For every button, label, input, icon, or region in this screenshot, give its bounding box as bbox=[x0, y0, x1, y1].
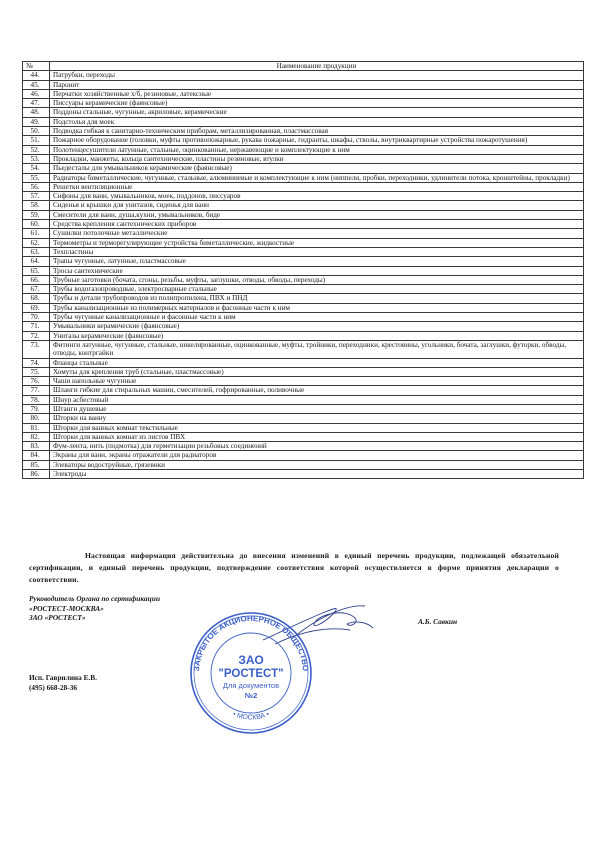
row-product-name: Паронит bbox=[50, 80, 584, 89]
table-row: 65.Тросы сантехнические bbox=[23, 266, 584, 275]
signature-line-2: «РОСТЕСТ-МОСКВА» bbox=[29, 604, 160, 614]
stamp-line-3: Для документов bbox=[223, 681, 279, 690]
row-product-name: Элеваторы водоструйные, грязевики bbox=[50, 460, 584, 469]
row-product-name: Сифоны для ванн, умывальников, моек, под… bbox=[50, 192, 584, 201]
row-product-name: Радиаторы биметаллические, чугунные, ста… bbox=[50, 173, 584, 182]
table-row: 57.Сифоны для ванн, умывальников, моек, … bbox=[23, 192, 584, 201]
row-product-name: Электроды bbox=[50, 470, 584, 479]
table-row: 46.Перчатки хозяйственные х/б, резиновые… bbox=[23, 89, 584, 98]
table-row: 68.Трубы и детали трубопроводов из полип… bbox=[23, 294, 584, 303]
table-row: 82.Шторки для ванных комнат из листов ПВ… bbox=[23, 432, 584, 441]
table-row: 58.Сиденья и крышки для унитазов, сидень… bbox=[23, 201, 584, 210]
table-row: 44.Патрубки, переходы bbox=[23, 71, 584, 80]
row-number: 81. bbox=[23, 423, 50, 432]
table-row: 50.Подводка гибкая к санитарно-техническ… bbox=[23, 127, 584, 136]
row-number: 72. bbox=[23, 331, 50, 340]
row-number: 59. bbox=[23, 210, 50, 219]
row-number: 60. bbox=[23, 220, 50, 229]
row-number: 58. bbox=[23, 201, 50, 210]
table-row: 47.Писсуары керамические (фаянсовые) bbox=[23, 99, 584, 108]
row-number: 85. bbox=[23, 460, 50, 469]
row-product-name: Фланцы стальные bbox=[50, 358, 584, 367]
stamp-line-4: №2 bbox=[245, 691, 258, 700]
table-row: 56.Решетки вентиляционные bbox=[23, 182, 584, 191]
table-row: 71.Умывальники керамические (фаянсовые) bbox=[23, 322, 584, 331]
table-row: 49.Подстолья для моек bbox=[23, 117, 584, 126]
row-number: 74. bbox=[23, 358, 50, 367]
table-row: 81.Шторки для ванных комнат текстильные bbox=[23, 423, 584, 432]
row-number: 77. bbox=[23, 386, 50, 395]
row-product-name: Шнур асбестовый bbox=[50, 395, 584, 404]
row-number: 53. bbox=[23, 154, 50, 163]
validity-note-text: Настоящая информация действительна до вн… bbox=[29, 551, 559, 584]
table-row: 86.Электроды bbox=[23, 470, 584, 479]
row-number: 61. bbox=[23, 229, 50, 238]
signature-line-3: ЗАО «РОСТЕСТ» bbox=[29, 613, 160, 623]
row-number: 82. bbox=[23, 432, 50, 441]
row-number: 68. bbox=[23, 294, 50, 303]
row-product-name: Умывальники керамические (фаянсовые) bbox=[50, 322, 584, 331]
table-row: 66.Трубные заготовки (бочата, сгоны, рез… bbox=[23, 275, 584, 284]
table-row: 48.Поддоны стальные, чугунные, акриловые… bbox=[23, 108, 584, 117]
table-row: 77.Шланги гибкие для стиральных машин, с… bbox=[23, 386, 584, 395]
row-product-name: Термометры и терморегулирующие устройств… bbox=[50, 238, 584, 247]
row-number: 50. bbox=[23, 127, 50, 136]
row-number: 75. bbox=[23, 367, 50, 376]
row-product-name: Трубы чугунные канализационные и фасонны… bbox=[50, 313, 584, 322]
table-row: 67.Трубы водогазопроводные, электросварн… bbox=[23, 285, 584, 294]
table-row: 73.Фитинги латунные, чугунные, стальные,… bbox=[23, 340, 584, 358]
row-number: 65. bbox=[23, 266, 50, 275]
table-row: 80.Шторки на ванну bbox=[23, 414, 584, 423]
table-row: 72.Унитазы керамические (фаянсовые) bbox=[23, 331, 584, 340]
row-product-name: Экраны для ванн, экраны отражатели для р… bbox=[50, 451, 584, 460]
row-product-name: Тросы сантехнические bbox=[50, 266, 584, 275]
row-number: 66. bbox=[23, 275, 50, 284]
row-product-name: Хомуты для крепления труб (стальные, пла… bbox=[50, 367, 584, 376]
row-number: 79. bbox=[23, 404, 50, 413]
table-row: 54.Пьедесталы для умывальников керамичес… bbox=[23, 164, 584, 173]
row-number: 56. bbox=[23, 182, 50, 191]
table-row: 75.Хомуты для крепления труб (стальные, … bbox=[23, 367, 584, 376]
row-number: 83. bbox=[23, 442, 50, 451]
row-product-name: Писсуары керамические (фаянсовые) bbox=[50, 99, 584, 108]
row-product-name: Сушилки потолочные металлические bbox=[50, 229, 584, 238]
row-product-name: Чаши напольные чугунные bbox=[50, 377, 584, 386]
table-row: 78.Шнур асбестовый bbox=[23, 395, 584, 404]
table-header-row: № Наименование продукции bbox=[23, 62, 584, 71]
table-row: 53.Прокладки, манжеты, кольца сантехниче… bbox=[23, 154, 584, 163]
executor-phone: (495) 668-28-36 bbox=[29, 683, 97, 693]
row-product-name: Трубы водогазопроводные, электросварные … bbox=[50, 285, 584, 294]
row-number: 49. bbox=[23, 117, 50, 126]
company-stamp: ЗАКРЫТОЕ АКЦИОНЕРНОЕ ОБЩЕСТВО • МОСКВА •… bbox=[186, 608, 316, 738]
row-number: 76. bbox=[23, 377, 50, 386]
table-body: 44.Патрубки, переходы45.Паронит46.Перчат… bbox=[23, 71, 584, 479]
row-product-name: Прокладки, манжеты, кольца сантехнически… bbox=[50, 154, 584, 163]
header-number: № bbox=[23, 62, 50, 71]
table-row: 85.Элеваторы водоструйные, грязевики bbox=[23, 460, 584, 469]
row-product-name: Техпластины bbox=[50, 247, 584, 256]
row-number: 57. bbox=[23, 192, 50, 201]
row-number: 70. bbox=[23, 313, 50, 322]
executor-block: Исп. Гаврилина Е.В. (495) 668-28-36 bbox=[29, 673, 97, 692]
table-row: 83.Фум-лента, нить (подмотка) для гермет… bbox=[23, 442, 584, 451]
table-row: 76.Чаши напольные чугунные bbox=[23, 377, 584, 386]
row-number: 55. bbox=[23, 173, 50, 182]
stamp-bottom-text: • МОСКВА • bbox=[232, 711, 271, 722]
signature-line-1: Руководитель Органа по сертификации bbox=[29, 594, 160, 604]
row-number: 73. bbox=[23, 340, 50, 358]
table-row: 60.Средства крепления сантехнических при… bbox=[23, 220, 584, 229]
row-product-name: Трубные заготовки (бочата, сгоны, резьбы… bbox=[50, 275, 584, 284]
row-number: 46. bbox=[23, 89, 50, 98]
row-product-name: Шторки для ванных комнат текстильные bbox=[50, 423, 584, 432]
signer-name: А.Б. Савкин bbox=[418, 617, 457, 626]
table-row: 69.Трубы канализационные из полимерных м… bbox=[23, 303, 584, 312]
row-number: 47. bbox=[23, 99, 50, 108]
row-product-name: Смесители для ванн, душа,кухни, умывальн… bbox=[50, 210, 584, 219]
row-number: 63. bbox=[23, 247, 50, 256]
table-row: 45.Паронит bbox=[23, 80, 584, 89]
row-product-name: Пьедесталы для умывальников керамические… bbox=[50, 164, 584, 173]
row-number: 80. bbox=[23, 414, 50, 423]
row-number: 62. bbox=[23, 238, 50, 247]
row-number: 64. bbox=[23, 257, 50, 266]
row-product-name: Шторки на ванну bbox=[50, 414, 584, 423]
row-product-name: Шторки для ванных комнат из листов ПВХ bbox=[50, 432, 584, 441]
row-product-name: Сиденья и крышки для унитазов, сиденья д… bbox=[50, 201, 584, 210]
row-product-name: Штанги душевые bbox=[50, 404, 584, 413]
row-product-name: Фум-лента, нить (подмотка) для герметиза… bbox=[50, 442, 584, 451]
stamp-line-1: ЗАО bbox=[238, 653, 263, 667]
row-product-name: Патрубки, переходы bbox=[50, 71, 584, 80]
row-number: 86. bbox=[23, 470, 50, 479]
row-product-name: Трапы чугунные, латунные, пластмассовые bbox=[50, 257, 584, 266]
svg-text:• МОСКВА •: • МОСКВА • bbox=[232, 711, 271, 722]
table-row: 74.Фланцы стальные bbox=[23, 358, 584, 367]
row-product-name: Подстолья для моек bbox=[50, 117, 584, 126]
stamp-line-2: "РОСТЕСТ" bbox=[218, 668, 283, 680]
row-number: 48. bbox=[23, 108, 50, 117]
table-row: 63.Техпластины bbox=[23, 247, 584, 256]
row-number: 45. bbox=[23, 80, 50, 89]
table-row: 79.Штанги душевые bbox=[23, 404, 584, 413]
product-table: № Наименование продукции 44.Патрубки, пе… bbox=[22, 61, 584, 479]
table-row: 55.Радиаторы биметаллические, чугунные, … bbox=[23, 173, 584, 182]
row-number: 69. bbox=[23, 303, 50, 312]
row-product-name: Поддоны стальные, чугунные, акриловые, к… bbox=[50, 108, 584, 117]
signature-block: Руководитель Органа по сертификации «РОС… bbox=[29, 594, 160, 623]
header-product-name: Наименование продукции bbox=[50, 62, 584, 71]
table-row: 61.Сушилки потолочные металлические bbox=[23, 229, 584, 238]
table-row: 62.Термометры и терморегулирующие устрой… bbox=[23, 238, 584, 247]
row-number: 51. bbox=[23, 136, 50, 145]
row-number: 44. bbox=[23, 71, 50, 80]
row-product-name: Трубы канализационные из полимерных мате… bbox=[50, 303, 584, 312]
table-row: 84.Экраны для ванн, экраны отражатели дл… bbox=[23, 451, 584, 460]
row-number: 54. bbox=[23, 164, 50, 173]
row-product-name: Трубы и детали трубопроводов из полипроп… bbox=[50, 294, 584, 303]
row-number: 71. bbox=[23, 322, 50, 331]
table-row: 59.Смесители для ванн, душа,кухни, умыва… bbox=[23, 210, 584, 219]
row-product-name: Полотенцесушители латунные, стальные, оц… bbox=[50, 145, 584, 154]
row-product-name: Решетки вентиляционные bbox=[50, 182, 584, 191]
row-product-name: Унитазы керамические (фаянсовые) bbox=[50, 331, 584, 340]
row-product-name: Фитинги латунные, чугунные, стальные, ни… bbox=[50, 340, 584, 358]
row-product-name: Средства крепления сантехнических прибор… bbox=[50, 220, 584, 229]
row-product-name: Перчатки хозяйственные х/б, резиновые, л… bbox=[50, 89, 584, 98]
validity-note: Настоящая информация действительна до вн… bbox=[29, 550, 559, 586]
row-number: 84. bbox=[23, 451, 50, 460]
row-number: 78. bbox=[23, 395, 50, 404]
table-row: 70.Трубы чугунные канализационные и фасо… bbox=[23, 313, 584, 322]
row-number: 67. bbox=[23, 285, 50, 294]
executor-name: Исп. Гаврилина Е.В. bbox=[29, 673, 97, 683]
table-row: 52.Полотенцесушители латунные, стальные,… bbox=[23, 145, 584, 154]
row-product-name: Шланги гибкие для стиральных машин, смес… bbox=[50, 386, 584, 395]
table-row: 51.Пожарное оборудование (головки, муфты… bbox=[23, 136, 584, 145]
row-product-name: Подводка гибкая к санитарно-техническим … bbox=[50, 127, 584, 136]
row-product-name: Пожарное оборудование (головки, муфты пр… bbox=[50, 136, 584, 145]
row-number: 52. bbox=[23, 145, 50, 154]
table-row: 64.Трапы чугунные, латунные, пластмассов… bbox=[23, 257, 584, 266]
